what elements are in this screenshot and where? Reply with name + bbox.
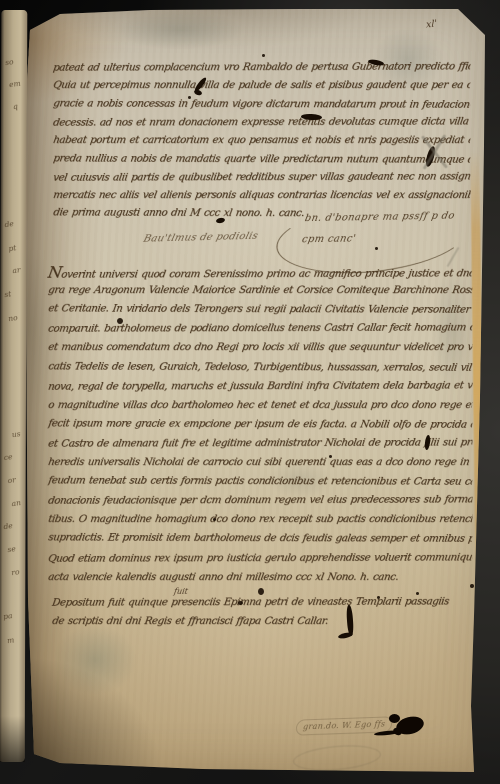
ink-dot (329, 455, 332, 458)
manuscript-line: comparuit. bartholomeus de podiano domic… (47, 321, 474, 339)
manuscript-line: et manibus comendatum dco dno Regi pro l… (47, 340, 474, 357)
facing-page-script-fragment: se (7, 544, 26, 554)
manuscript-line: Quia ut percepimus nonnulla villa de pal… (52, 78, 472, 95)
manuscript-paragraph-3: Depositum fuit quinque presenciis Epimna… (52, 595, 452, 639)
ink-dot (188, 96, 191, 99)
manuscript-paragraph-2: Noverint universi quod coram Serenissimo… (48, 264, 472, 594)
ink-dot (377, 596, 380, 599)
page-edge-highlight (470, 151, 484, 591)
gray-cross-mark (418, 132, 452, 172)
ink-dot (238, 601, 243, 605)
facing-page-script-fragment: de (4, 219, 23, 229)
ink-dot (117, 318, 123, 324)
facing-page-script-fragment: an (11, 498, 30, 508)
facing-page-script-fragment: st (4, 289, 23, 299)
manuscript-line: preda nullius a nobis de mandatis quarte… (52, 151, 472, 169)
manuscript-line: fecit ipsum more gracie ex empcione per … (47, 416, 474, 434)
manuscript-line: Noverint universi quod coram Serenissimo… (47, 263, 474, 281)
ink-dot (213, 518, 216, 521)
large-ink-blot (389, 714, 400, 723)
manuscript-page: xl' pateat ad ulterius complacencium vro… (22, 6, 490, 776)
ink-dot (375, 247, 378, 250)
manuscript-line: catis Tedelis de lesen, Guraich, Tedelos… (47, 359, 474, 377)
manuscript-line: Quod etiam dominus rex ipsum pro iustici… (47, 550, 474, 568)
manuscript-line: gracie a nobis concessas in feudum vigor… (52, 96, 472, 114)
manuscript-line: et Ceritanie. In viridario dels Teronger… (47, 302, 474, 320)
manuscript-line: heredis universalis Nicholai de carrocio… (47, 455, 474, 472)
ink-dot (258, 588, 264, 595)
chancery-note-line: cpm canc' (301, 234, 357, 247)
manuscript-line: decessis. ad nos et nram donacionem expr… (52, 114, 472, 132)
chancery-note-line: bn. d'bonapre ma pssff p do (304, 211, 456, 226)
notary-signature: Bau'tlmus de podiolis (142, 231, 259, 246)
facing-page-script-fragment: no (8, 313, 27, 323)
facing-page-script-fragment: pt (8, 243, 27, 253)
ink-dot (262, 54, 265, 57)
facing-page-script-fragment: ro (11, 567, 30, 577)
folio-number: xl' (426, 19, 437, 31)
manuscript-line: vel cuiusvis alii partis de quibuslibet … (52, 169, 472, 187)
facing-page-script-fragment: m (7, 635, 26, 645)
manuscript-line: tibus. O magnitudine homagium dco dono r… (47, 512, 474, 529)
photograph-backdrop: soemqdeptarstnousceorandeseropam xl' pat… (0, 0, 500, 784)
manuscript-line: Depositum fuit quinque presenciis Epimna… (51, 594, 454, 612)
facing-page-edge: soemqdeptarstnousceorandeseropam (0, 10, 27, 762)
manuscript-line: supradictis. Et promisit idem bartholome… (47, 531, 474, 549)
facing-page-script-fragment: so (5, 57, 24, 67)
facing-page-script-fragment: ce (3, 452, 22, 462)
facing-page-script-fragment: pa (3, 611, 22, 621)
manuscript-line: o magnitudine villas dco bartholomeo hec… (47, 398, 474, 415)
chancery-note: bn. d'bonapre ma pssff p do cpm canc' (305, 212, 475, 256)
facing-page-script-fragment: de (3, 521, 22, 531)
manuscript-line: de scriptis dni dni Regis et ffrancisci … (51, 614, 454, 631)
manuscript-line: et Castro de almenara fuit fre et legiti… (47, 435, 474, 453)
facing-page-script-fragment: or (7, 475, 26, 485)
faint-ellipse-mark (292, 742, 382, 774)
manuscript-line: pateat ad ulterius complacencium vro Ram… (52, 59, 472, 77)
manuscript-line: nova, regal de torypella, maruchs et jus… (47, 378, 474, 396)
ink-dot (416, 592, 419, 595)
manuscript-line: habeat portum et carricatorium ex quo pe… (52, 133, 472, 150)
manuscript-line: feudum tenebat sub certis formis pactis … (47, 473, 474, 491)
manuscript-line: gra rege Aragonum Valencie Maiorice Sard… (47, 283, 474, 300)
manuscript-line: donacionis feudacionisque per dcm dominu… (47, 493, 474, 511)
facing-page-script-fragment: em (9, 79, 28, 89)
ink-dot (470, 584, 474, 588)
manuscript-line: acta valencie kalendis augusti anno dni … (47, 570, 474, 587)
